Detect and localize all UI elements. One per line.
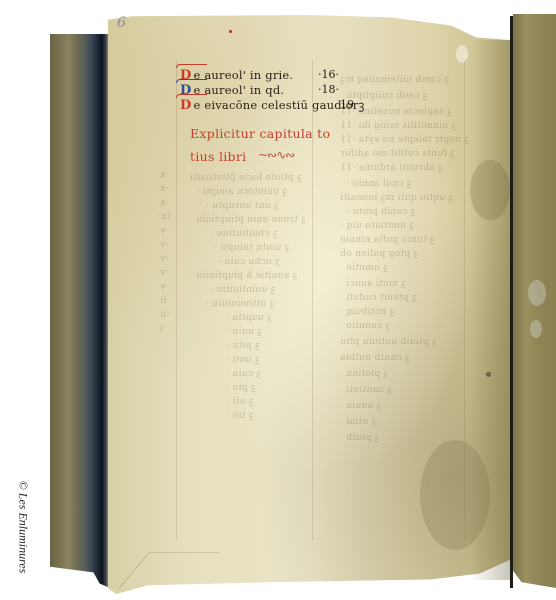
bleed-through-text: ꝫ uuiu · bbox=[226, 324, 262, 337]
bleed-through-text: ꝫ cuiu · bbox=[226, 366, 261, 379]
bleed-through-text: ꝫ uuti · bbox=[226, 352, 260, 365]
bleed-through-text: ·i bbox=[160, 324, 166, 334]
bleed-through-text: ꝫ pitu · bbox=[226, 338, 260, 351]
rubricated-initial: D bbox=[180, 98, 191, 113]
bleed-through-text: ꝫ ptiuib uutiuiu ptiu bbox=[340, 334, 437, 347]
bleed-through-text: ꝫ trouo uuiu ptiuptiuiu bbox=[196, 212, 306, 225]
explicit-rubric-line-2: tius libri bbox=[190, 149, 246, 164]
bleed-through-text: ·ii bbox=[160, 296, 170, 306]
bleed-through-text: ꝫ uuptiu · bbox=[226, 310, 272, 323]
bleed-through-text: ·v bbox=[160, 240, 169, 250]
toc-entry-text: e aureol' in qd. bbox=[193, 83, 284, 97]
bleed-through-text: ꝫ piu · bbox=[226, 380, 256, 393]
bleed-through-text: ꝫ uqtiu quti mꝫ iuueniti bbox=[340, 190, 453, 203]
bleed-through-text: ꝫ pteg pulion ob bbox=[340, 246, 418, 259]
ruling-line bbox=[176, 60, 177, 540]
bleed-through-text: ·x bbox=[160, 198, 169, 208]
toc-entry-text: e aureol' in grie. bbox=[193, 68, 293, 82]
stain bbox=[530, 320, 542, 338]
gutter bbox=[510, 16, 513, 588]
bleed-through-text: ·v bbox=[160, 268, 169, 278]
bleed-through-text: ꝫ piutb bbox=[346, 430, 379, 443]
bleed-through-text: ꝫ unntiatu uiq · bbox=[340, 218, 414, 231]
bleed-through-text: ꝫ canib piutu · bbox=[346, 204, 415, 217]
bleed-through-text: ꝫ unt uuruptu · bbox=[206, 198, 279, 211]
bleed-through-text: ꝫ piotinu bbox=[346, 366, 388, 379]
red-ink-dot bbox=[229, 30, 232, 33]
bleed-through-text: ·ix· bbox=[158, 212, 173, 222]
bleed-through-text: ꝫ uuintiuitiu · bbox=[210, 282, 275, 295]
bleed-through-text: ꝫ chuitiutiuu · bbox=[210, 226, 278, 239]
bleed-through-text: ꝫ tiu · bbox=[226, 408, 254, 421]
bleed-through-text: ꝫ canntio bbox=[346, 318, 390, 331]
bleed-through-text: ꝫ umntio bbox=[346, 260, 388, 273]
bleed-through-text: ꝫ pteiut cuduti bbox=[346, 290, 417, 303]
bleed-through-text: ·v bbox=[160, 254, 169, 264]
toc-entry-number: ·16· bbox=[318, 68, 339, 81]
bleed-through-text: ·x bbox=[160, 170, 169, 180]
bleed-through-text: ꝫ uchu cuiu · bbox=[218, 254, 280, 267]
stain bbox=[456, 45, 468, 63]
bleed-through-text: ꝫ uttiuuuiuiu · bbox=[206, 296, 274, 309]
bleed-through-text: ꝫ uuiutocu auupti · bbox=[196, 184, 287, 197]
stain bbox=[528, 280, 546, 306]
bleed-through-text: ·v bbox=[160, 226, 169, 236]
bleed-through-text: ꝫ cnutb nutbia bbox=[340, 350, 410, 363]
bleed-through-text: ꝫ funts cutilit mo adifur bbox=[340, 146, 455, 159]
bleed-through-text: ꝫ camb uiiteimulaq mꝫ bbox=[340, 72, 449, 85]
bleed-through-text: ꝫ abruuti arduina ·11 bbox=[340, 160, 443, 173]
bleed-through-text: ꝫ ptiuio Iocie p̄tiutiiaiti bbox=[190, 170, 302, 183]
bleed-through-text: ·v bbox=[160, 282, 169, 292]
copyright-watermark: © Les Enluminures bbox=[8, 462, 38, 592]
bleed-through-text: ·x bbox=[160, 184, 169, 194]
bleed-through-text: ꝫ utiui bbox=[346, 414, 377, 427]
bleed-through-text: ꝫ auuiu bbox=[346, 398, 381, 411]
bleed-through-text: ꝫ mitibuiq bbox=[346, 304, 395, 317]
bleed-through-text: ꝫ auuitie h piuptiuiiu bbox=[196, 268, 297, 281]
toc-entry-number: ·18· bbox=[318, 83, 339, 96]
bleed-through-text: ꝫ uiutu tuiupti · bbox=[214, 240, 289, 253]
explicit-rubric-line-1: Explicitur capitula to bbox=[190, 126, 330, 141]
bleed-through-text: ꝫ uti · bbox=[226, 394, 254, 407]
toc-entry-number: 19 bbox=[340, 98, 354, 111]
watermark-text: © Les Enluminures bbox=[16, 481, 31, 574]
toc-entry: De eivacōne celestiū gaudiorꝫ bbox=[180, 98, 365, 113]
pencil-folio-number: 6 bbox=[117, 15, 126, 31]
toc-entry-text: e eivacōne celestiū gaudiorꝫ bbox=[193, 98, 364, 112]
bleed-through-text: ꝫ muti auuci bbox=[346, 276, 406, 289]
bleed-through-text: ꝫ uantiuti bbox=[346, 382, 392, 395]
bleed-through-text: ·ii bbox=[160, 310, 170, 320]
text-block-fore-edge bbox=[50, 34, 112, 589]
gutter-shadow bbox=[470, 40, 512, 580]
bleed-through-text: ꝫ uinmitilis ssing ibi ·11 bbox=[340, 118, 456, 131]
bleed-through-text: ꝫ tuniu pufia ninnio bbox=[340, 232, 435, 245]
manuscript-photo: © Les Enluminures 6 ꝫ camb uiiteimulaq m… bbox=[0, 0, 556, 600]
bleed-through-text: ꝫ noptr talepte nu eyta ·11 bbox=[340, 132, 469, 145]
bleed-through-text: ꝫ cnul anniu · bbox=[346, 176, 411, 189]
line-filler-flourish: ~∾∿∾ bbox=[258, 148, 294, 162]
